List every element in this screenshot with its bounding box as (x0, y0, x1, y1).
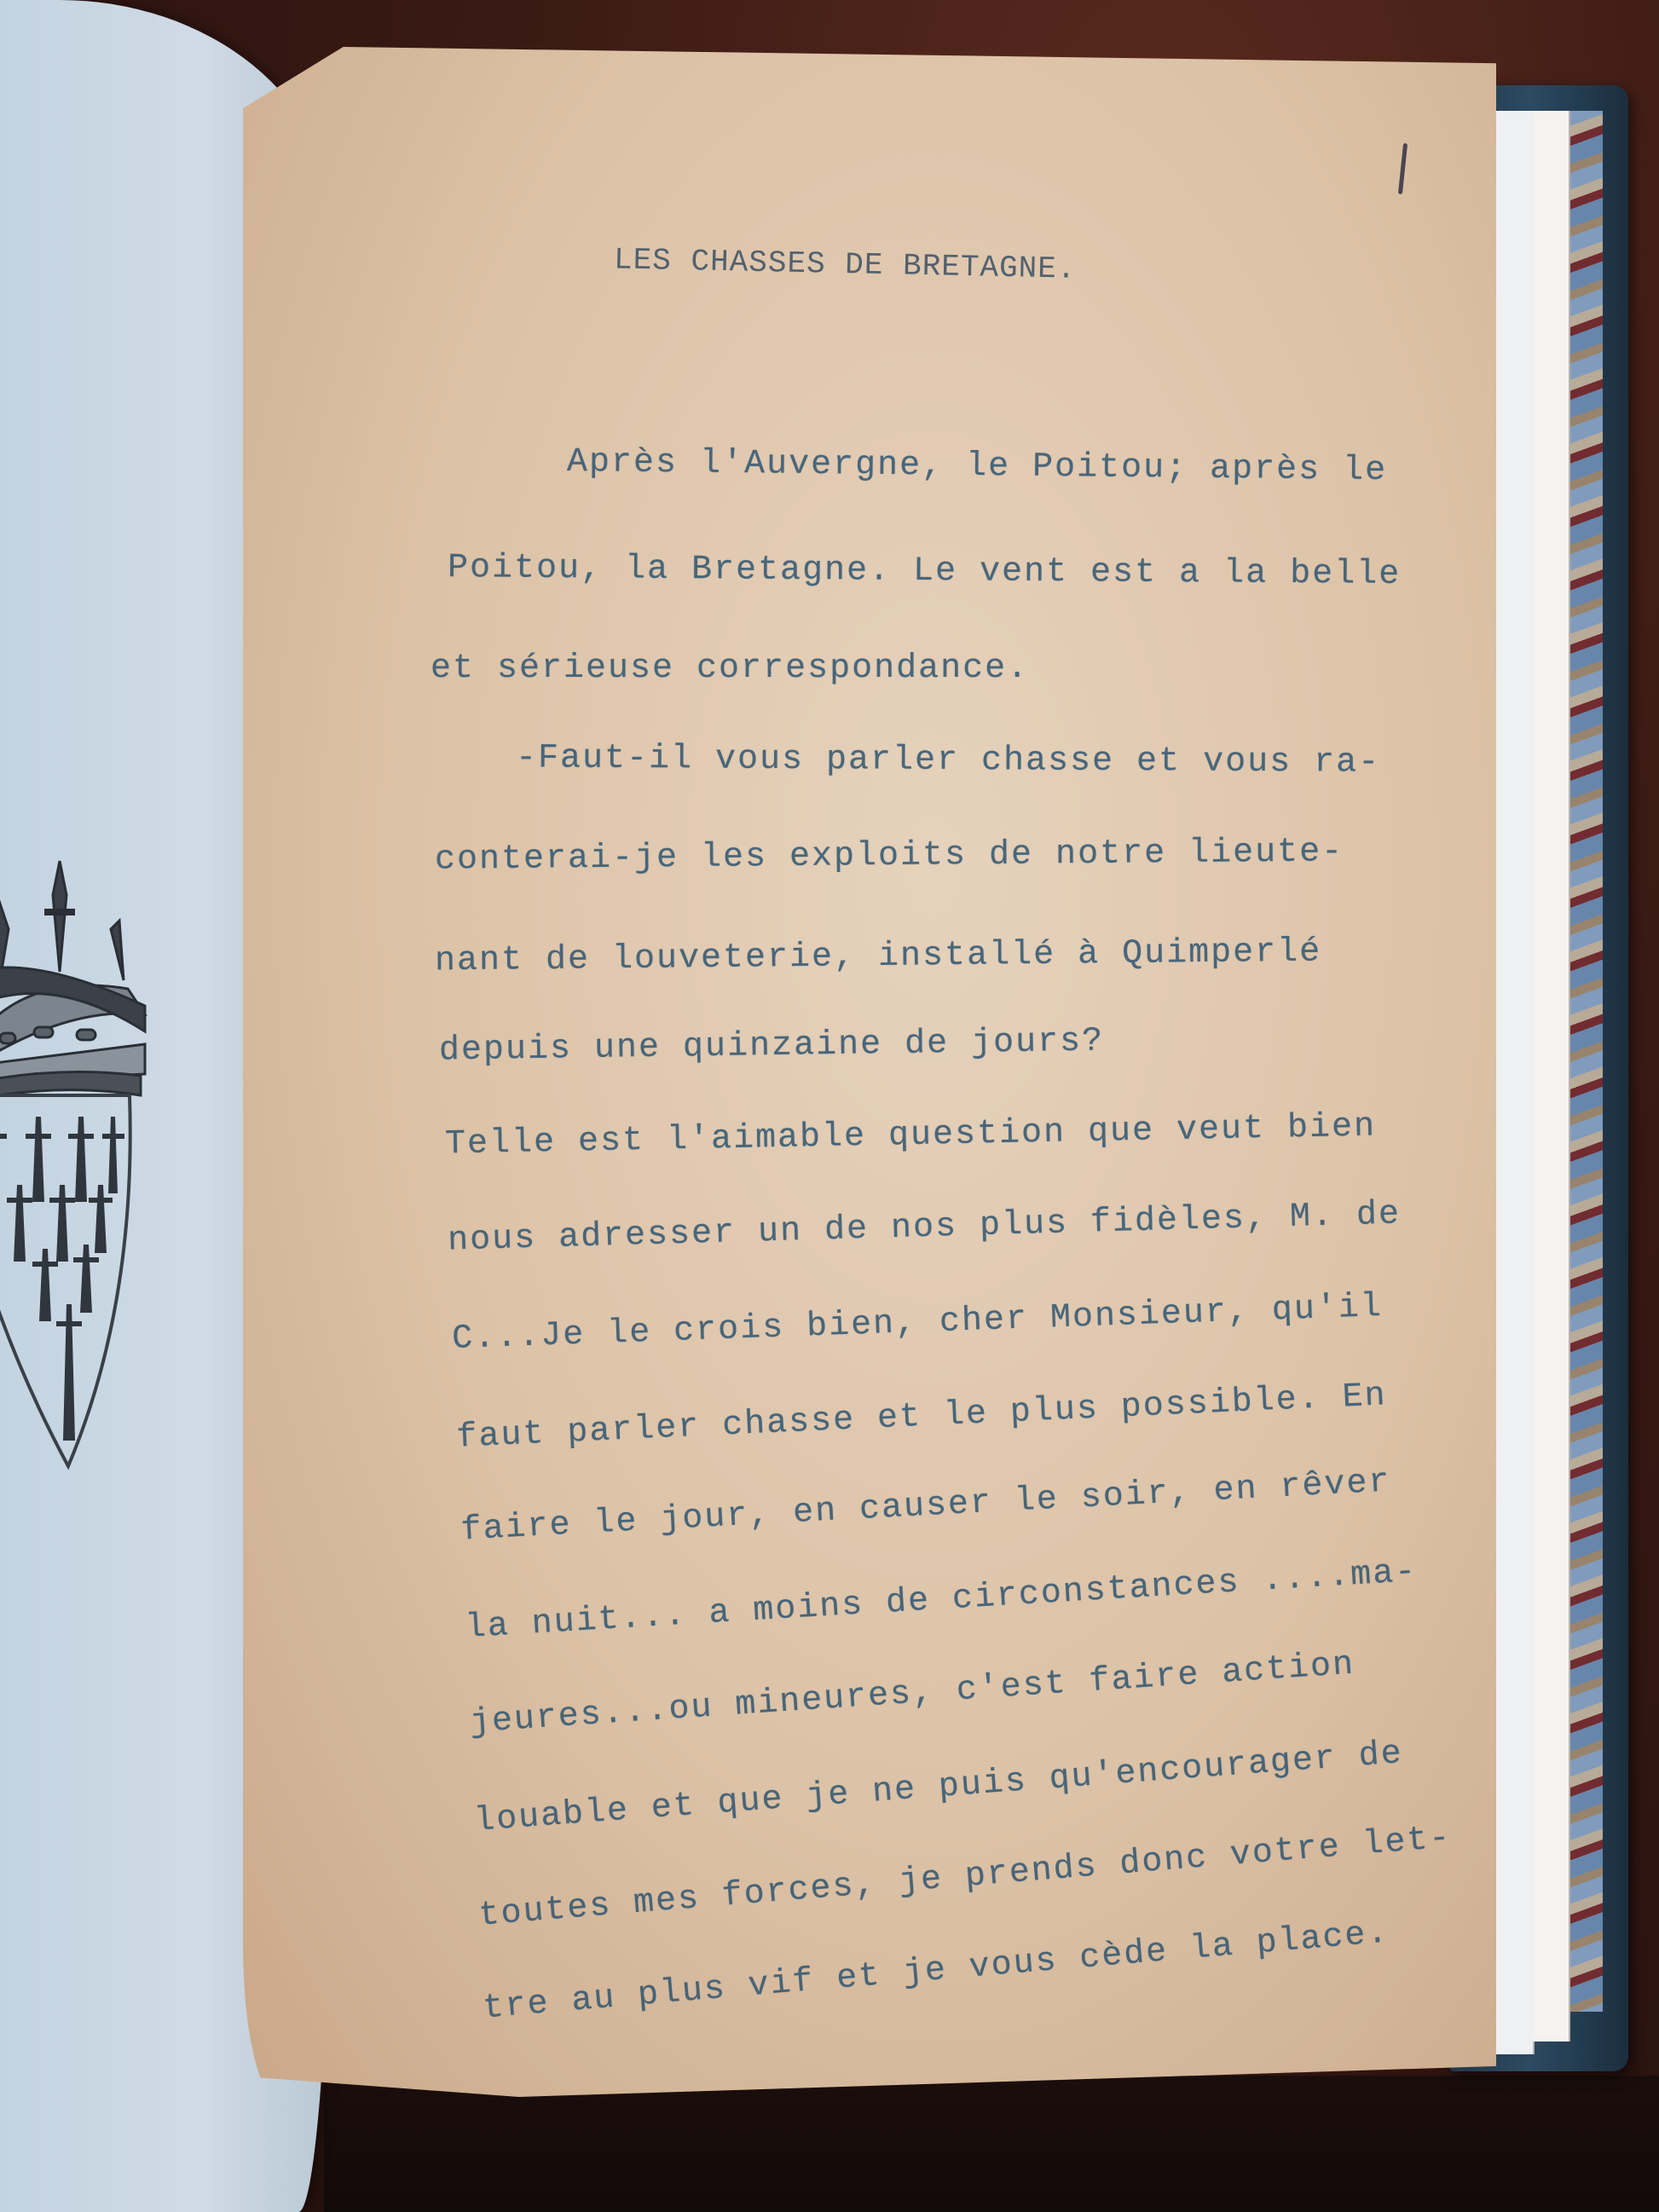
marbled-endpaper (1567, 111, 1603, 2012)
text-line: conterai-je les exploits de notre lieute… (435, 833, 1344, 879)
text-line: Poitou, la Bretagne. Le vent est a la be… (448, 549, 1401, 594)
text-line: -Faut-il vous parler chasse et vous ra- (516, 739, 1380, 782)
coat-of-arms-icon (0, 759, 179, 1475)
page-edge (1490, 111, 1535, 2054)
text-line: et sérieuse correspondance. (431, 650, 1029, 688)
page-edge (1533, 111, 1570, 2042)
